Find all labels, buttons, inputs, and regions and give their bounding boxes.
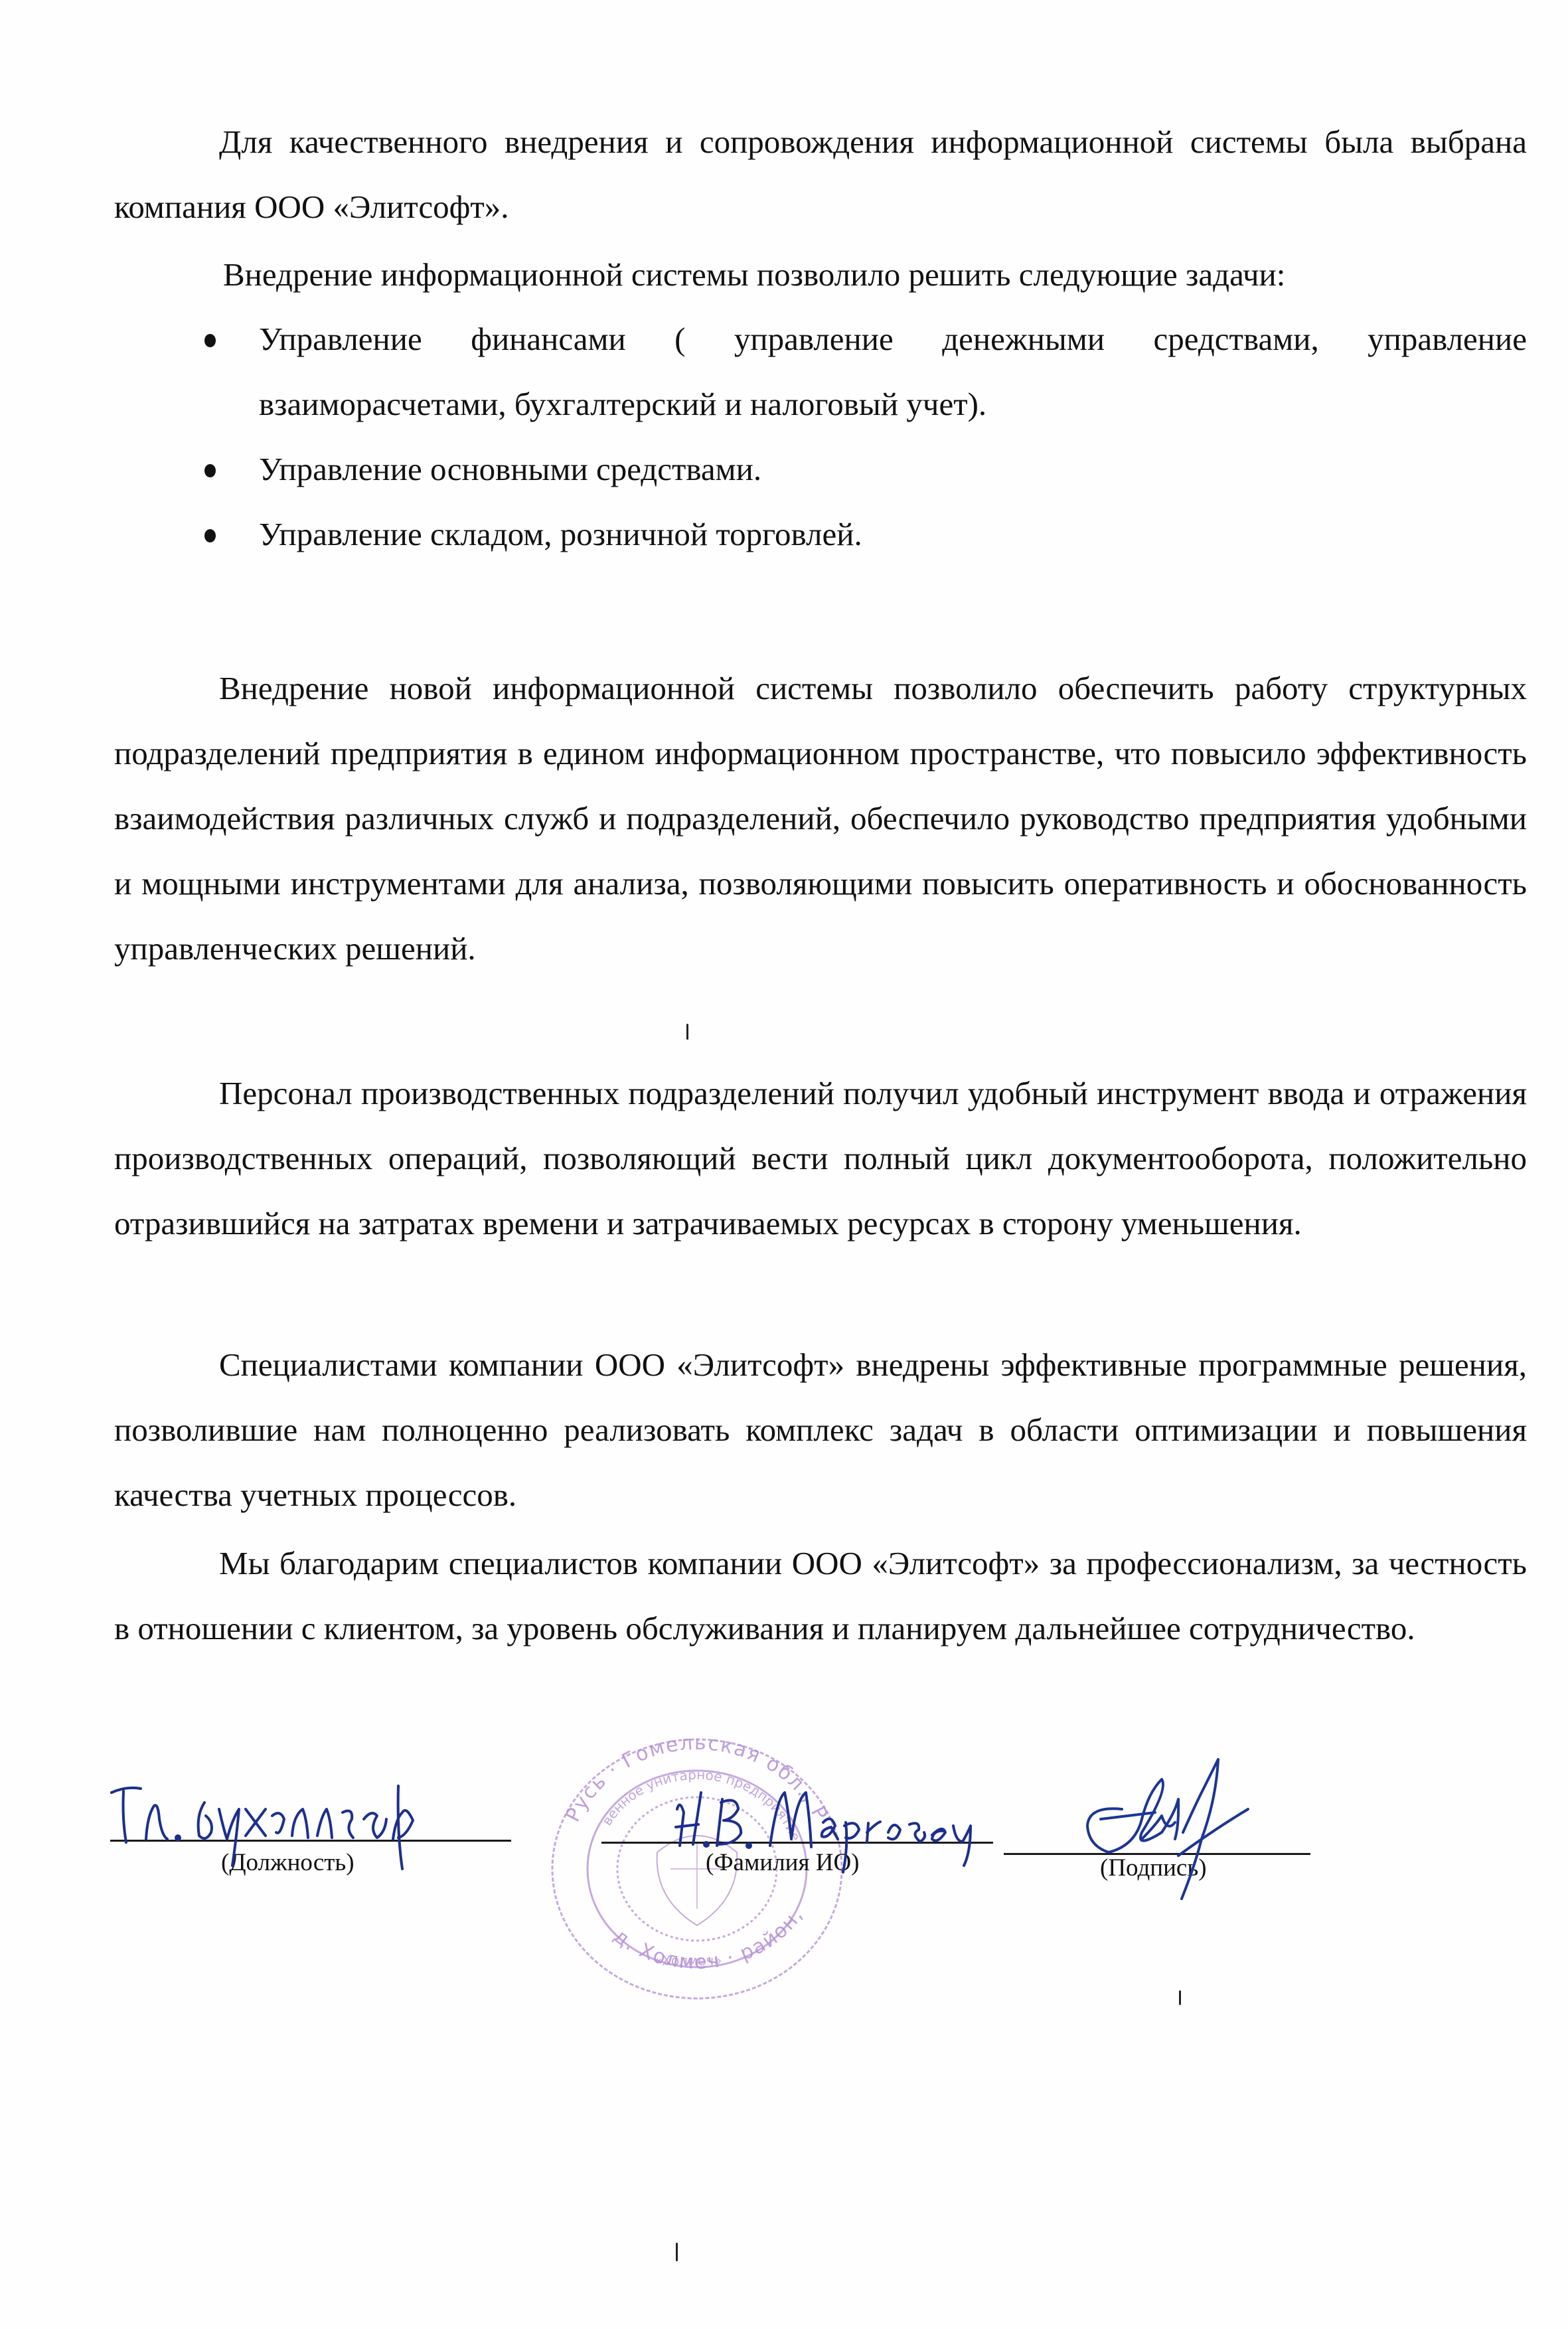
scan-mark <box>676 2243 678 2261</box>
svg-text:д. Холмеч · район,: д. Холмеч · район, <box>609 1903 809 1974</box>
svg-text:Русь · Гомельская обл., Р: Русь · Гомельская обл., Р <box>561 1731 832 1826</box>
document-page: Для качественного внедрения и сопровожде… <box>0 0 1568 2329</box>
bullet-icon <box>204 334 216 347</box>
scan-mark <box>686 1024 688 1040</box>
signature-label: (Подпись) <box>1100 1854 1207 1883</box>
list-item-text: Управление складом, розничной торговлей. <box>259 516 862 552</box>
body-paragraph: Внедрение новой информационной системы п… <box>114 656 1527 981</box>
svg-text:«Холмеч»: «Холмеч» <box>654 1953 722 1968</box>
intro-paragraph: Для качественного внедрения и сопровожде… <box>114 110 1527 240</box>
position-label: (Должность) <box>221 1848 354 1878</box>
list-item: Управление складом, розничной торговлей. <box>199 502 1527 567</box>
list-item-text: Управление финансами ( управление денежн… <box>259 321 1527 422</box>
list-item: Управление финансами ( управление денежн… <box>199 307 1527 437</box>
bullet-icon <box>204 464 216 477</box>
body-paragraph: Специалистами компании ООО «Элитсофт» вн… <box>114 1332 1527 1528</box>
name-label: (Фамилия ИО) <box>706 1848 860 1878</box>
list-item: Управление основными средствами. <box>199 437 1527 502</box>
tasks-list: Управление финансами ( управление денежн… <box>199 307 1527 567</box>
position-line <box>110 1840 511 1842</box>
list-item-text: Управление основными средствами. <box>259 451 761 487</box>
body-paragraph: Персонал производственных подразделений … <box>114 1061 1527 1256</box>
name-line <box>601 1842 993 1844</box>
bullet-icon <box>204 529 216 542</box>
tasks-intro-paragraph: Внедрение информационной системы позволи… <box>114 242 1527 307</box>
thanks-paragraph: Мы благодарим специалистов компании ООО … <box>114 1531 1527 1661</box>
svg-text:венное унитарное предприятие: венное унитарное предприятие <box>599 1767 804 1844</box>
scan-mark <box>1179 1990 1181 2005</box>
